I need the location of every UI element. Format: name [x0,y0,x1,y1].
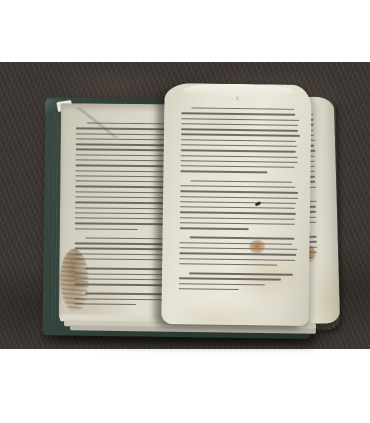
text-line [191,107,295,110]
text-line [181,160,298,163]
text-line [181,134,300,137]
text-line [180,222,295,225]
text-line [181,165,295,168]
right-page-lifted-leaf: – 8 – [161,83,311,326]
text-line [181,144,297,147]
text-line [75,228,138,230]
text-line [179,278,281,281]
text-line [179,263,277,266]
text-line [179,242,292,245]
text-line [180,190,298,193]
photo-of-open-book: – – – 8 – [0,0,370,423]
text-line [181,128,298,131]
text-line [180,206,295,209]
text-line [181,113,295,116]
text-line [180,196,298,199]
text-line [180,212,296,215]
text-line [179,283,265,286]
right-page-number: – 8 – [164,96,311,102]
text-line [181,123,298,126]
text-line [180,217,295,220]
text-line [180,201,296,204]
text-line [179,247,297,250]
right-page-text-block [179,107,301,309]
text-line [181,139,296,142]
text-line [181,118,299,121]
text-line [180,171,267,174]
text-line [179,288,239,290]
text-line [179,258,295,261]
text-line [181,149,296,152]
text-line [189,272,293,275]
text-line [180,185,295,188]
foxing-stain-right-page [248,240,265,253]
text-line [179,253,296,256]
text-line [181,155,298,158]
foxing-stain-left [60,249,89,311]
text-line [180,227,249,229]
text-line [189,237,295,240]
